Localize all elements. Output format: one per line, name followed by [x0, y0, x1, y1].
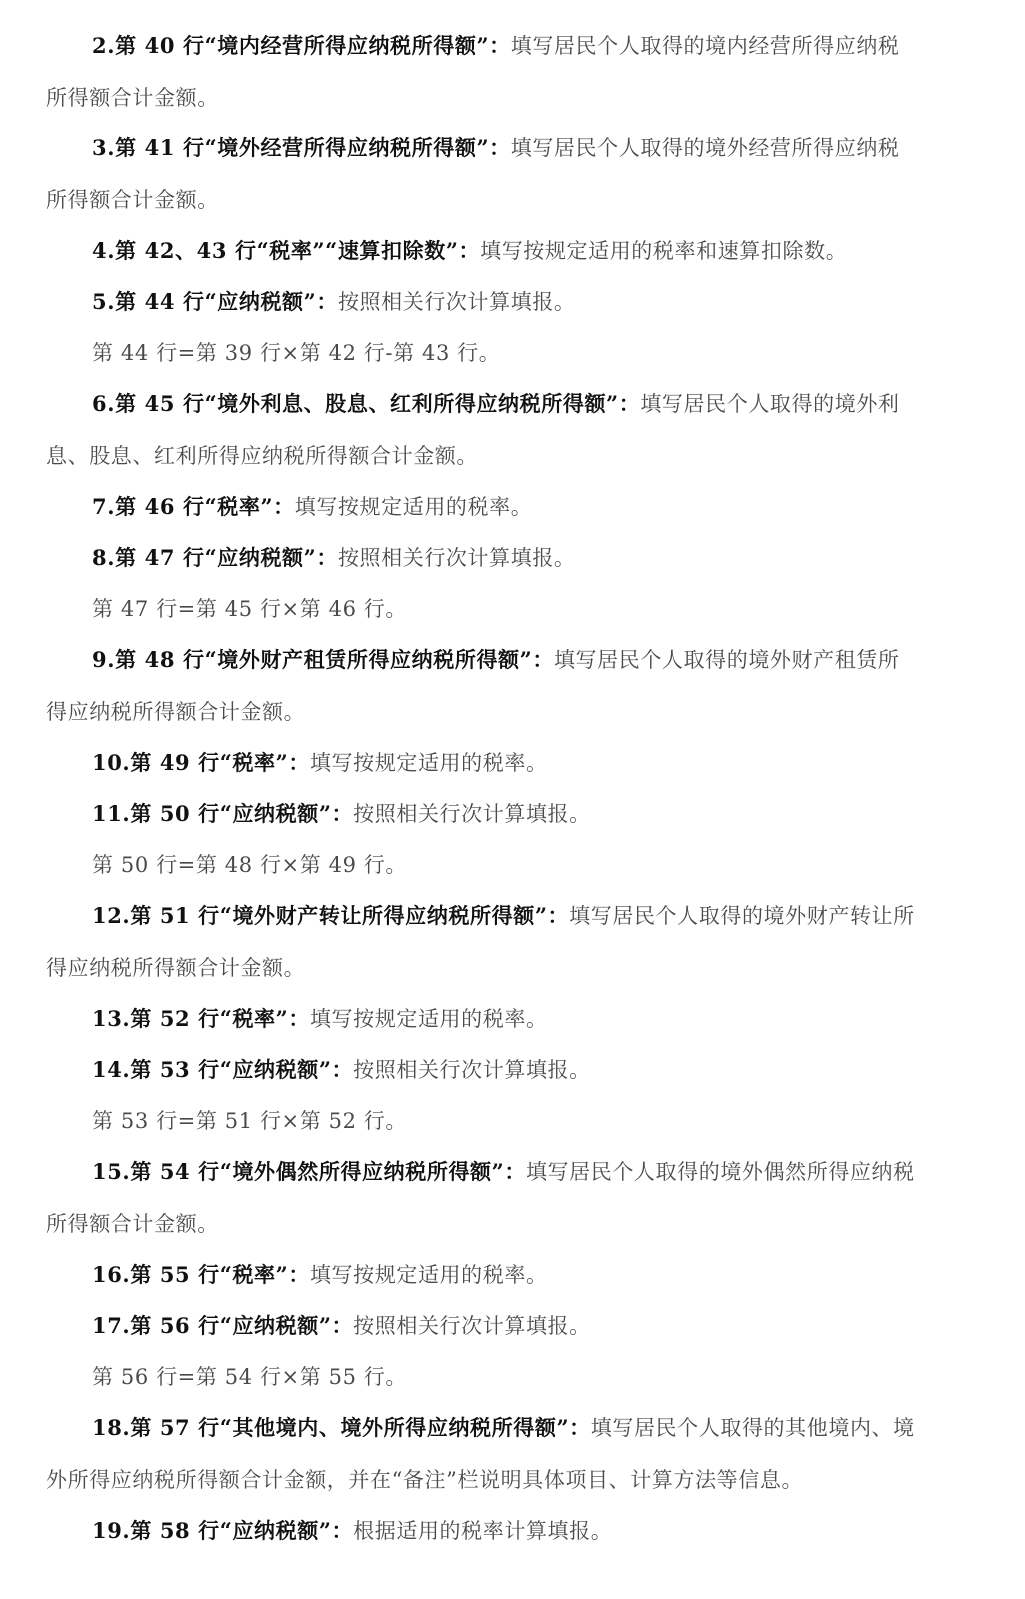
item-heading: 13.第 52 行“税率”：: [92, 1006, 310, 1031]
continuation-line: 所得额合计金额。: [46, 186, 219, 214]
item-heading: 18.第 57 行“其他境内、境外所得应纳税所得额”：: [92, 1415, 591, 1440]
instruction-item: 6.第 45 行“境外利息、股息、红利所得应纳税所得额”：填写居民个人取得的境外…: [92, 390, 900, 418]
continuation-line: 得应纳税所得额合计金额。: [46, 954, 305, 982]
formula-line: 第 44 行=第 39 行×第 42 行-第 43 行。: [92, 339, 500, 367]
item-text: 所得额合计金额。: [46, 188, 219, 212]
item-text: 填写居民个人取得的其他境内、境: [591, 1416, 915, 1440]
instruction-item: 16.第 55 行“税率”：填写按规定适用的税率。: [92, 1261, 548, 1289]
item-text: 根据适用的税率计算填报。: [353, 1519, 612, 1543]
item-text: 第 53 行=第 51 行×第 52 行。: [92, 1109, 407, 1133]
item-text: 得应纳税所得额合计金额。: [46, 700, 305, 724]
item-heading: 12.第 51 行“境外财产转让所得应纳税所得额”：: [92, 903, 569, 928]
continuation-line: 所得额合计金额。: [46, 1210, 219, 1238]
item-text: 填写按规定适用的税率。: [295, 495, 533, 519]
instruction-item: 14.第 53 行“应纳税额”：按照相关行次计算填报。: [92, 1056, 591, 1084]
item-heading: 10.第 49 行“税率”：: [92, 750, 310, 775]
instruction-item: 12.第 51 行“境外财产转让所得应纳税所得额”：填写居民个人取得的境外财产转…: [92, 902, 915, 930]
item-heading: 11.第 50 行“应纳税额”：: [92, 801, 353, 826]
item-text: 填写居民个人取得的境外财产租赁所: [554, 648, 900, 672]
instruction-item: 11.第 50 行“应纳税额”：按照相关行次计算填报。: [92, 800, 591, 828]
item-text: 所得额合计金额。: [46, 1212, 219, 1236]
item-heading: 17.第 56 行“应纳税额”：: [92, 1313, 353, 1338]
instruction-item: 18.第 57 行“其他境内、境外所得应纳税所得额”：填写居民个人取得的其他境内…: [92, 1414, 915, 1442]
item-heading: 2.第 40 行“境内经营所得应纳税所得额”：: [92, 33, 511, 58]
item-text: 填写居民个人取得的境外利: [640, 392, 899, 416]
item-text: 填写按规定适用的税率。: [310, 751, 548, 775]
formula-line: 第 47 行=第 45 行×第 46 行。: [92, 595, 407, 623]
item-heading: 4.第 42、43 行“税率”“速算扣除数”：: [92, 238, 480, 263]
formula-line: 第 50 行=第 48 行×第 49 行。: [92, 851, 407, 879]
instruction-item: 15.第 54 行“境外偶然所得应纳税所得额”：填写居民个人取得的境外偶然所得应…: [92, 1158, 915, 1186]
item-heading: 19.第 58 行“应纳税额”：: [92, 1518, 353, 1543]
item-text: 填写按规定适用的税率和速算扣除数。: [480, 239, 847, 263]
item-heading: 7.第 46 行“税率”：: [92, 494, 295, 519]
continuation-line: 得应纳税所得额合计金额。: [46, 698, 305, 726]
instruction-item: 8.第 47 行“应纳税额”：按照相关行次计算填报。: [92, 544, 576, 572]
instruction-item: 13.第 52 行“税率”：填写按规定适用的税率。: [92, 1005, 548, 1033]
item-text: 填写按规定适用的税率。: [310, 1263, 548, 1287]
instruction-item: 3.第 41 行“境外经营所得应纳税所得额”：填写居民个人取得的境外经营所得应纳…: [92, 134, 900, 162]
item-heading: 14.第 53 行“应纳税额”：: [92, 1057, 353, 1082]
instruction-item: 4.第 42、43 行“税率”“速算扣除数”：填写按规定适用的税率和速算扣除数。: [92, 237, 847, 265]
item-heading: 16.第 55 行“税率”：: [92, 1262, 310, 1287]
item-text: 外所得应纳税所得额合计金额，并在“备注”栏说明具体项目、计算方法等信息。: [46, 1468, 803, 1492]
instruction-item: 2.第 40 行“境内经营所得应纳税所得额”：填写居民个人取得的境内经营所得应纳…: [92, 32, 900, 60]
item-text: 所得额合计金额。: [46, 86, 219, 110]
item-text: 得应纳税所得额合计金额。: [46, 956, 305, 980]
item-text: 息、股息、红利所得应纳税所得额合计金额。: [46, 444, 478, 468]
item-text: 按照相关行次计算填报。: [353, 1314, 591, 1338]
instruction-item: 10.第 49 行“税率”：填写按规定适用的税率。: [92, 749, 548, 777]
instruction-item: 17.第 56 行“应纳税额”：按照相关行次计算填报。: [92, 1312, 591, 1340]
item-heading: 9.第 48 行“境外财产租赁所得应纳税所得额”：: [92, 647, 554, 672]
item-text: 按照相关行次计算填报。: [353, 1058, 591, 1082]
instruction-item: 5.第 44 行“应纳税额”：按照相关行次计算填报。: [92, 288, 576, 316]
instruction-item: 19.第 58 行“应纳税额”：根据适用的税率计算填报。: [92, 1517, 612, 1545]
item-text: 第 44 行=第 39 行×第 42 行-第 43 行。: [92, 341, 500, 365]
item-text: 填写居民个人取得的境外财产转让所: [569, 904, 915, 928]
item-text: 按照相关行次计算填报。: [338, 290, 576, 314]
continuation-line: 息、股息、红利所得应纳税所得额合计金额。: [46, 442, 478, 470]
item-heading: 15.第 54 行“境外偶然所得应纳税所得额”：: [92, 1159, 526, 1184]
item-text: 填写居民个人取得的境外偶然所得应纳税: [526, 1160, 915, 1184]
item-text: 填写居民个人取得的境内经营所得应纳税: [511, 34, 900, 58]
continuation-line: 所得额合计金额。: [46, 84, 219, 112]
item-text: 按照相关行次计算填报。: [338, 546, 576, 570]
continuation-line: 外所得应纳税所得额合计金额，并在“备注”栏说明具体项目、计算方法等信息。: [46, 1466, 803, 1494]
item-heading: 6.第 45 行“境外利息、股息、红利所得应纳税所得额”：: [92, 391, 640, 416]
formula-line: 第 53 行=第 51 行×第 52 行。: [92, 1107, 407, 1135]
item-text: 第 56 行=第 54 行×第 55 行。: [92, 1365, 407, 1389]
instruction-item: 9.第 48 行“境外财产租赁所得应纳税所得额”：填写居民个人取得的境外财产租赁…: [92, 646, 900, 674]
item-heading: 8.第 47 行“应纳税额”：: [92, 545, 338, 570]
item-text: 第 47 行=第 45 行×第 46 行。: [92, 597, 407, 621]
item-text: 第 50 行=第 48 行×第 49 行。: [92, 853, 407, 877]
item-heading: 5.第 44 行“应纳税额”：: [92, 289, 338, 314]
formula-line: 第 56 行=第 54 行×第 55 行。: [92, 1363, 407, 1391]
item-heading: 3.第 41 行“境外经营所得应纳税所得额”：: [92, 135, 511, 160]
instruction-item: 7.第 46 行“税率”：填写按规定适用的税率。: [92, 493, 532, 521]
item-text: 按照相关行次计算填报。: [353, 802, 591, 826]
item-text: 填写居民个人取得的境外经营所得应纳税: [511, 136, 900, 160]
item-text: 填写按规定适用的税率。: [310, 1007, 548, 1031]
